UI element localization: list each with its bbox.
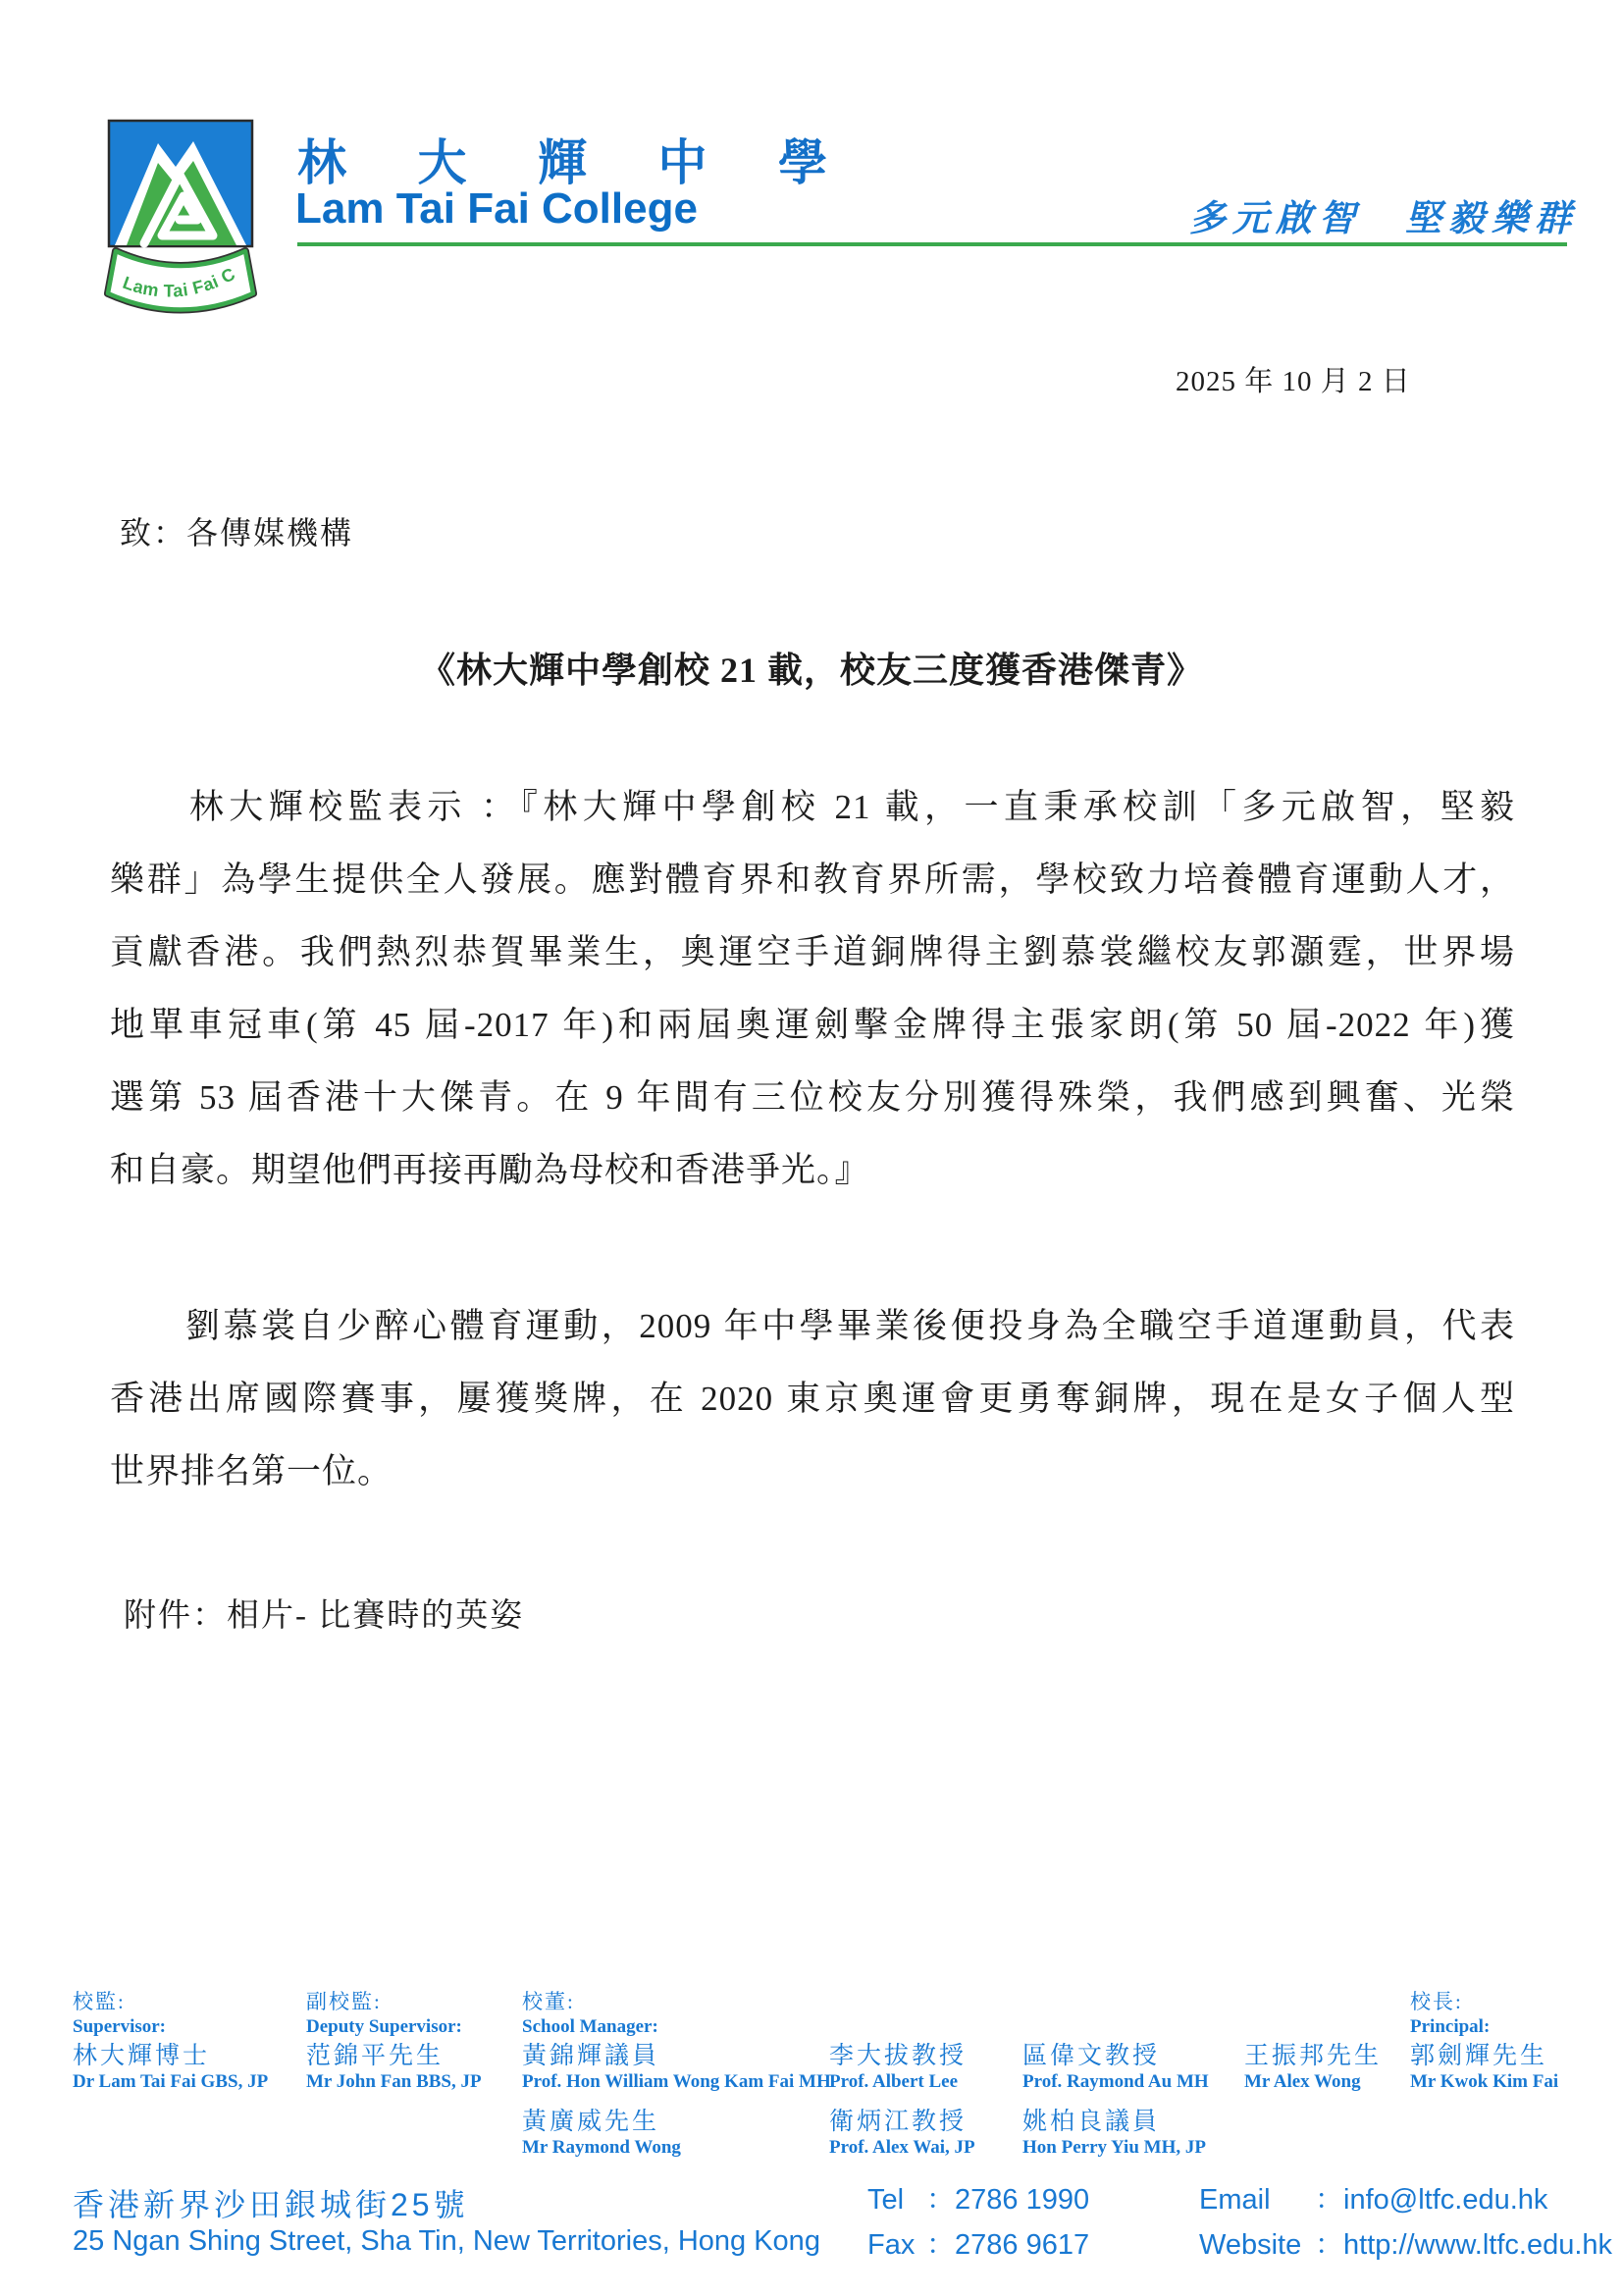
contact-row: Tel ： 2786 1990 [867,2180,1089,2225]
school-address-english: 25 Ngan Shing Street, Sha Tin, New Terri… [73,2225,820,2258]
body-text-line: 劉慕裳自少醉心體育運動，2009 年中學畢業後便投身為全職空手道運動員，代表 [110,1290,1515,1363]
contact-label: Website [1199,2225,1315,2270]
footer-role-label-en: Deputy Supervisor: [306,2014,482,2039]
contact-separator: ： [1315,2225,1343,2270]
body-text-line: 香港出席國際賽事，屢獲獎牌，在 2020 東京奧運會更勇奪銅牌，現在是女子個人型 [110,1363,1515,1435]
body-text-line: 地單車冠車(第 45 屆-2017 年)和兩屆奧運劍擊金牌得主張家朗(第 50 … [110,989,1515,1062]
letter-recipient: 致：各傳媒機構 [120,508,353,553]
footer-column-managers-4: 王振邦先生Mr Alex Wong [1244,1990,1382,2094]
body-text-line: 選第 53 屆香港十大傑青。在 9 年間有三位校友分別獲得殊榮，我們感到興奮、光… [110,1062,1515,1134]
footer-person-name-en: Mr Alex Wong [1244,2070,1382,2094]
body-paragraph-2: 劉慕裳自少醉心體育運動，2009 年中學畢業後便投身為全職空手道運動員，代表 香… [110,1290,1515,1508]
footer-role-label-zh: 校董: [522,1990,831,2014]
footer-person-name-en: Prof. Raymond Au MH [1022,2070,1209,2094]
body-text-line: 林大輝校監表示 ：『林大輝中學創校 21 載，一直秉承校訓「多元啟智，堅毅 [110,771,1515,844]
footer-role-label-en: Principal: [1410,2014,1558,2039]
footer-role-label-en [1244,2014,1382,2039]
footer-person-name-zh: 王振邦先生 [1244,2042,1382,2070]
body-text-line: 和自豪。期望他們再接再勵為母校和香港爭光。』 [110,1134,1515,1207]
footer-person-name-en: Dr Lam Tai Fai GBS, JP [73,2070,268,2094]
footer-person-name-en: Mr Raymond Wong [522,2136,831,2160]
footer-person-name-zh: 黃廣威先生 [522,2108,831,2136]
school-motto: 多元啟智 堅毅樂群 [1189,188,1578,241]
body-text-line: 世界排名第一位。 [110,1435,1515,1508]
footer-role-label-zh: 副校監: [306,1990,482,2014]
contact-tel-fax: Tel ： 2786 1990 Fax ： 2786 9617 [867,2180,1089,2270]
contact-separator: ： [1315,2180,1343,2225]
press-release-page: Lam Tai Fai College 林 大 輝 中 學 Lam Tai Fa… [0,0,1623,2296]
footer-person-name-en: Mr John Fan BBS, JP [306,2070,482,2094]
contact-value: info@ltfc.edu.hk [1343,2180,1547,2225]
footer-column-deputy-supervisor: 副校監:Deputy Supervisor:范錦平先生Mr John Fan B… [306,1990,482,2094]
body-text-line: 樂群」為學生提供全人發展。應對體育界和教育界所需，學校致力培養體育運動人才， [110,844,1515,916]
contact-separator: ： [926,2225,955,2270]
attachment-note: 附件：相片- 比賽時的英姿 [124,1590,524,1636]
footer-person-name-en: Prof. Albert Lee [829,2070,975,2094]
footer-person-name-zh: 姚柏良議員 [1022,2108,1209,2136]
contact-email-website: Email ： info@ltfc.edu.hk Website ： http:… [1199,2180,1612,2270]
footer-column-principal: 校長:Principal:郭劍輝先生Mr Kwok Kim Fai [1410,1990,1558,2094]
footer-person-name-zh: 黃錦輝議員 [522,2042,831,2070]
footer-role-label-en [1022,2014,1209,2039]
contact-label: Tel [867,2180,926,2225]
footer-role-label-en: School Manager: [522,2014,831,2039]
contact-row: Website ： http://www.ltfc.edu.hk [1199,2225,1612,2270]
letter-date: 2025 年 10 月 2 日 [1176,359,1411,399]
school-crest-logo: Lam Tai Fai College [96,116,265,324]
contact-separator: ： [926,2180,955,2225]
contact-row: Email ： info@ltfc.edu.hk [1199,2180,1612,2225]
footer-role-label-zh [829,1990,975,2014]
footer-person-name-en: Mr Kwok Kim Fai [1410,2070,1558,2094]
contact-value: http://www.ltfc.edu.hk [1343,2225,1612,2270]
footer-role-label-zh: 校長: [1410,1990,1558,2014]
body-paragraph-1: 林大輝校監表示 ：『林大輝中學創校 21 載，一直秉承校訓「多元啟智，堅毅 樂群… [110,771,1515,1207]
contact-value: 2786 1990 [955,2180,1089,2225]
school-address-chinese: 香港新界沙田銀城街25號 [73,2180,469,2225]
footer-column-school-manager: 校董:School Manager:黃錦輝議員Prof. Hon William… [522,1990,831,2160]
school-name-english: Lam Tai Fai College [295,184,698,234]
footer-person-name-en: Hon Perry Yiu MH, JP [1022,2136,1209,2160]
footer-person-name-zh: 郭劍輝先生 [1410,2042,1558,2070]
contact-value: 2786 9617 [955,2225,1089,2270]
footer-role-label-en: Supervisor: [73,2014,268,2039]
contact-label: Fax [867,2225,926,2270]
contact-row: Fax ： 2786 9617 [867,2225,1089,2270]
footer-role-label-zh [1244,1990,1382,2014]
contact-label: Email [1199,2180,1315,2225]
school-crest-icon: Lam Tai Fai College [96,116,265,324]
footer-role-label-zh [1022,1990,1209,2014]
footer-column-managers-2: 李大拔教授Prof. Albert Lee衛炳江教授Prof. Alex Wai… [829,1990,975,2160]
footer-role-label-zh: 校監: [73,1990,268,2014]
body-text-line: 貢獻香港。我們熱烈恭賀畢業生，奧運空手道銅牌得主劉慕裳繼校友郭灝霆，世界場 [110,916,1515,989]
header-divider-line [297,242,1567,246]
footer-column-managers-3: 區偉文教授Prof. Raymond Au MH姚柏良議員Hon Perry Y… [1022,1990,1209,2160]
footer-person-name-zh: 范錦平先生 [306,2042,482,2070]
footer-person-name-en: Prof. Hon William Wong Kam Fai MH [522,2070,831,2094]
footer-person-name-zh: 李大拔教授 [829,2042,975,2070]
footer-person-name-zh: 林大輝博士 [73,2042,268,2070]
footer-person-name-en: Prof. Alex Wai, JP [829,2136,975,2160]
press-release-title: 《林大輝中學創校 21 載，校友三度獲香港傑青》 [0,643,1623,693]
footer-role-label-en [829,2014,975,2039]
footer-person-name-zh: 衛炳江教授 [829,2108,975,2136]
footer-column-supervisor: 校監:Supervisor:林大輝博士Dr Lam Tai Fai GBS, J… [73,1990,268,2094]
footer-person-name-zh: 區偉文教授 [1022,2042,1209,2070]
